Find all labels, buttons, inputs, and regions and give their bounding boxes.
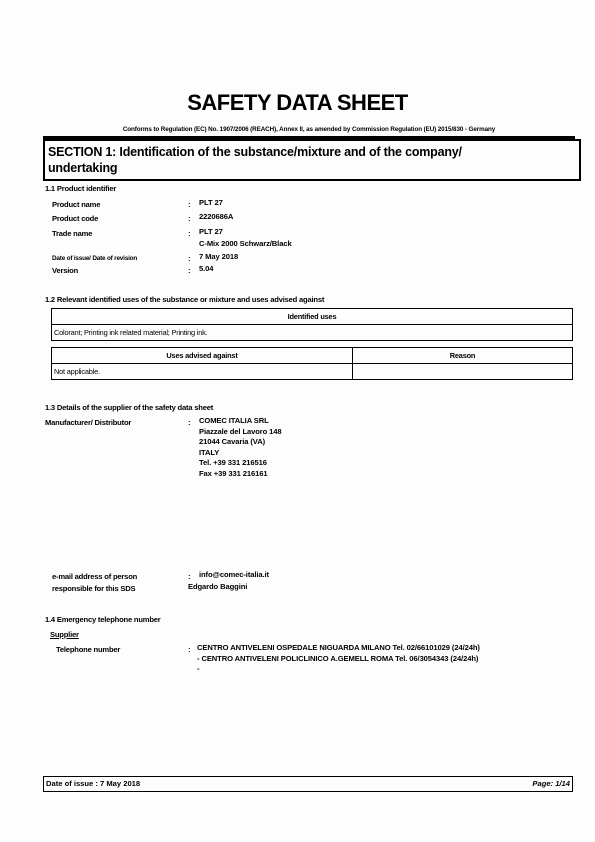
reason-value bbox=[353, 364, 573, 380]
reason-header: Reason bbox=[353, 348, 573, 364]
supplier-company: COMEC ITALIA SRL bbox=[199, 416, 282, 427]
supplier-subheading: Supplier bbox=[50, 630, 79, 639]
identified-uses-value: Colorant; Printing ink related material;… bbox=[52, 325, 573, 341]
document-title: SAFETY DATA SHEET bbox=[0, 90, 595, 116]
email-label-line2: responsible for this SDS bbox=[52, 584, 135, 593]
colon: : bbox=[188, 229, 191, 238]
emergency-line-2: - CENTRO ANTIVELENI POLICLINICO A.GEMELL… bbox=[197, 654, 480, 665]
email-label-line1: e-mail address of person bbox=[52, 572, 137, 581]
colon: : bbox=[188, 572, 191, 581]
date-of-issue-value: 7 May 2018 bbox=[199, 252, 238, 263]
trade-name-label: Trade name bbox=[52, 229, 92, 238]
section-1-heading-line2: undertaking bbox=[48, 160, 576, 176]
colon: : bbox=[188, 418, 191, 427]
emergency-line-3: - bbox=[197, 664, 480, 675]
product-code-value: 2220686A bbox=[199, 212, 233, 223]
uses-advised-against-value: Not applicable. bbox=[52, 364, 353, 380]
version-label: Version bbox=[52, 266, 78, 275]
version-value: 5.04 bbox=[199, 264, 213, 275]
email-link[interactable]: info@comec-italia.it bbox=[199, 570, 269, 581]
telephone-label: Telephone number bbox=[56, 645, 120, 654]
emergency-heading: 1.4 Emergency telephone number bbox=[45, 615, 161, 624]
colon: : bbox=[188, 200, 191, 209]
supplier-fax: Fax +39 331 216161 bbox=[199, 469, 282, 480]
colon: : bbox=[188, 266, 191, 275]
section-1-heading-line1: SECTION 1: Identification of the substan… bbox=[48, 144, 576, 160]
uses-advised-against-header: Uses advised against bbox=[52, 348, 353, 364]
supplier-address: COMEC ITALIA SRL Piazzale del Lavoro 148… bbox=[199, 416, 282, 479]
page-footer: Date of issue : 7 May 2018 Page: 1/14 bbox=[43, 776, 573, 792]
trade-name-value: PLT 27 bbox=[199, 227, 223, 238]
product-identifier-heading: 1.1 Product identifier bbox=[45, 184, 116, 193]
product-code-label: Product code bbox=[52, 214, 98, 223]
supplier-phone: Tel. +39 331 216516 bbox=[199, 458, 282, 469]
date-of-issue-label: Date of issue/ Date of revision bbox=[52, 255, 137, 262]
colon: : bbox=[188, 645, 191, 654]
supplier-city: 21044 Cavaria (VA) bbox=[199, 437, 282, 448]
product-name-value: PLT 27 bbox=[199, 198, 223, 209]
supplier-details-heading: 1.3 Details of the supplier of the safet… bbox=[45, 403, 213, 412]
identified-uses-table: Identified uses Colorant; Printing ink r… bbox=[51, 308, 573, 341]
manufacturer-label: Manufacturer/ Distributor bbox=[45, 418, 131, 427]
relevant-uses-heading: 1.2 Relevant identified uses of the subs… bbox=[45, 295, 324, 304]
colon: : bbox=[188, 254, 191, 263]
colon: : bbox=[188, 214, 191, 223]
regulation-conformity: Conforms to Regulation (EC) No. 1907/200… bbox=[43, 126, 575, 133]
responsible-person: Edgardo Baggini bbox=[188, 582, 247, 593]
emergency-line-1: CENTRO ANTIVELENI OSPEDALE NIGUARDA MILA… bbox=[197, 643, 480, 654]
identified-uses-header: Identified uses bbox=[52, 309, 573, 325]
footer-issue-date: Date of issue : 7 May 2018 bbox=[46, 779, 140, 788]
section-1-heading-box: SECTION 1: Identification of the substan… bbox=[43, 139, 581, 181]
uses-advised-against-table: Uses advised against Reason Not applicab… bbox=[51, 347, 573, 380]
supplier-street: Piazzale del Lavoro 148 bbox=[199, 427, 282, 438]
footer-page-number: Page: 1/14 bbox=[532, 779, 570, 788]
supplier-country: ITALY bbox=[199, 448, 282, 459]
emergency-numbers: CENTRO ANTIVELENI OSPEDALE NIGUARDA MILA… bbox=[197, 643, 480, 675]
product-name-label: Product name bbox=[52, 200, 100, 209]
trade-name-value-2: C-Mix 2000 Schwarz/Black bbox=[199, 239, 292, 250]
